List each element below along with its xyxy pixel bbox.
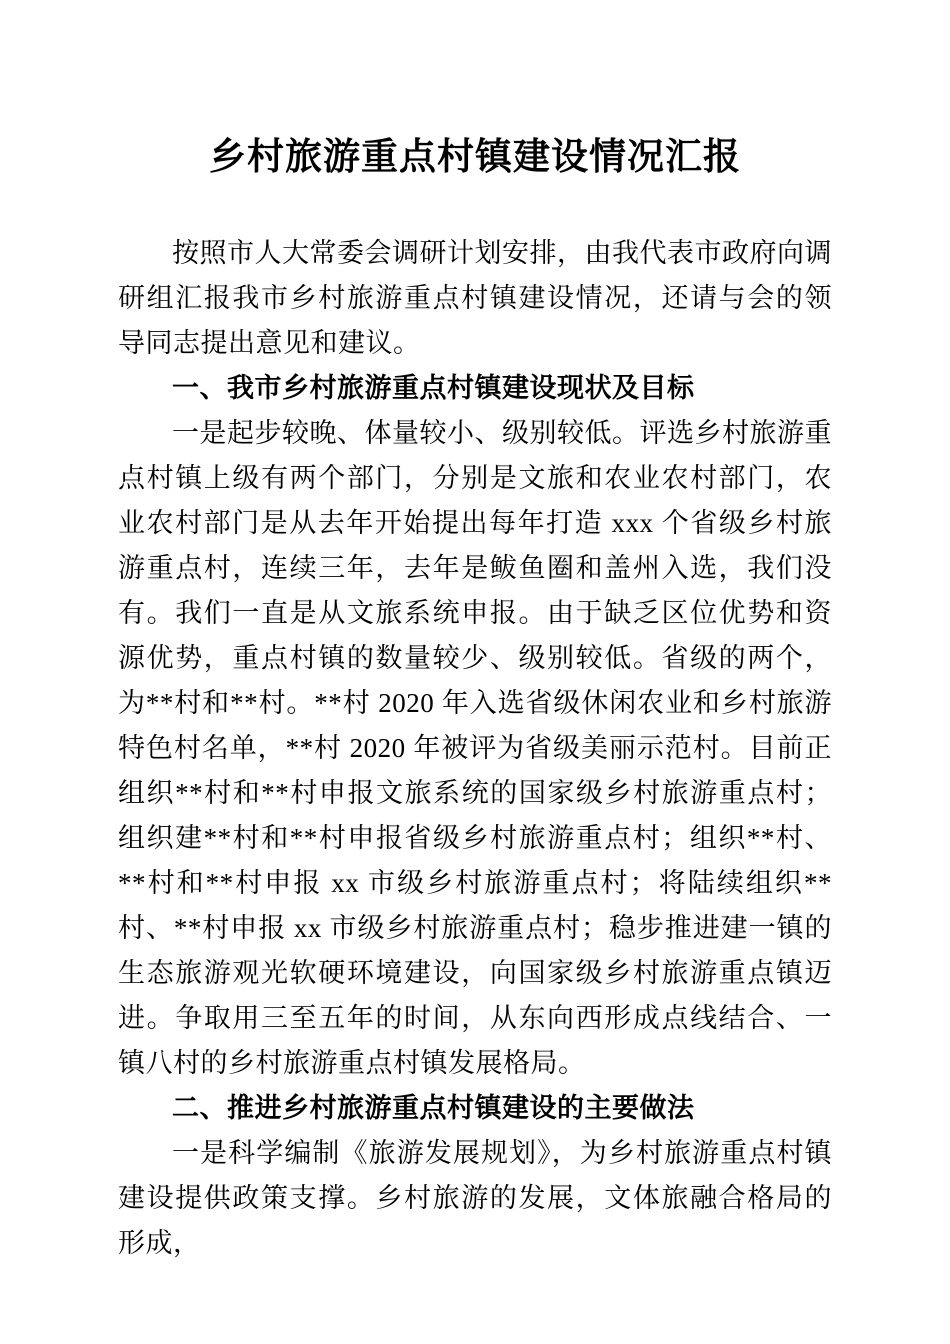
section-heading-2: 二、推进乡村旅游重点村镇建设的主要做法 <box>118 1086 832 1131</box>
paragraph-section1-body: 一是起步较晚、体量较小、级别较低。评选乡村旅游重点村镇上级有两个部门，分别是文旅… <box>118 411 832 1086</box>
document-canvas: { "document": { "title": "乡村旅游重点村镇建设情况汇报… <box>0 0 950 1344</box>
paragraph-intro: 按照市人大常委会调研计划安排，由我代表市政府向调研组汇报我市乡村旅游重点村镇建设… <box>118 231 832 366</box>
document-page: 乡村旅游重点村镇建设情况汇报 按照市人大常委会调研计划安排，由我代表市政府向调研… <box>118 0 832 1266</box>
paragraph-section2-body: 一是科学编制《旅游发展规划》，为乡村旅游重点村镇建设提供政策支撑。乡村旅游的发展… <box>118 1131 832 1266</box>
section-heading-1: 一、我市乡村旅游重点村镇建设现状及目标 <box>118 366 832 411</box>
document-title: 乡村旅游重点村镇建设情况汇报 <box>118 136 832 176</box>
